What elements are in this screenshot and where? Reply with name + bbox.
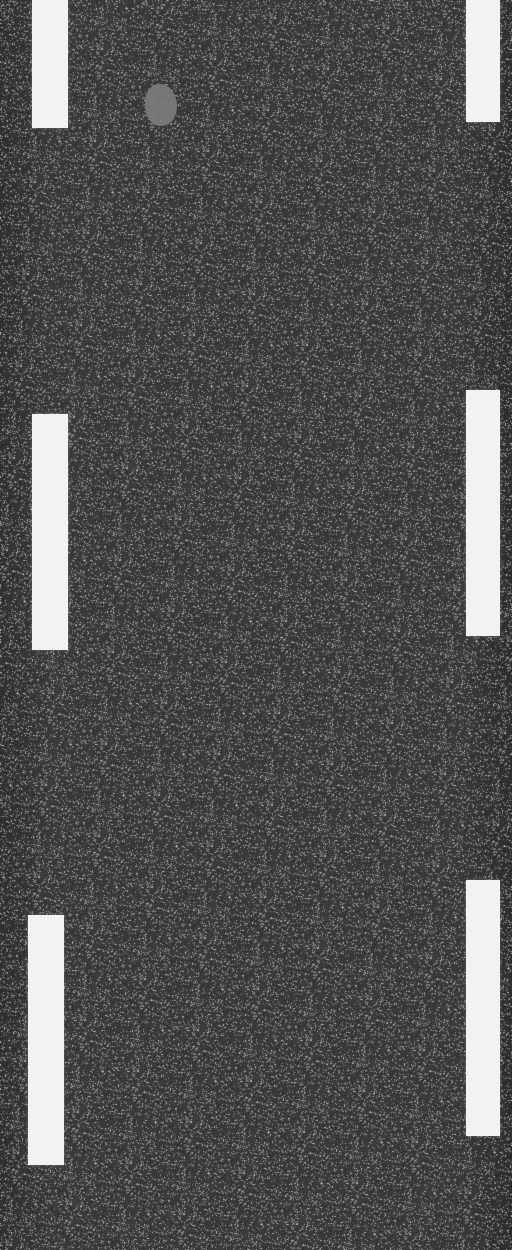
left-lane-marking-1 [32, 0, 68, 128]
left-lane-marking-3 [28, 915, 64, 1165]
left-lane-marking-2 [32, 414, 68, 650]
road-scene [0, 0, 512, 1250]
right-lane-marking-2 [466, 390, 500, 636]
right-lane-marking-1 [466, 0, 500, 122]
repair-patch [145, 84, 177, 126]
right-lane-marking-3 [466, 880, 500, 1136]
asphalt-surface [0, 0, 512, 1250]
